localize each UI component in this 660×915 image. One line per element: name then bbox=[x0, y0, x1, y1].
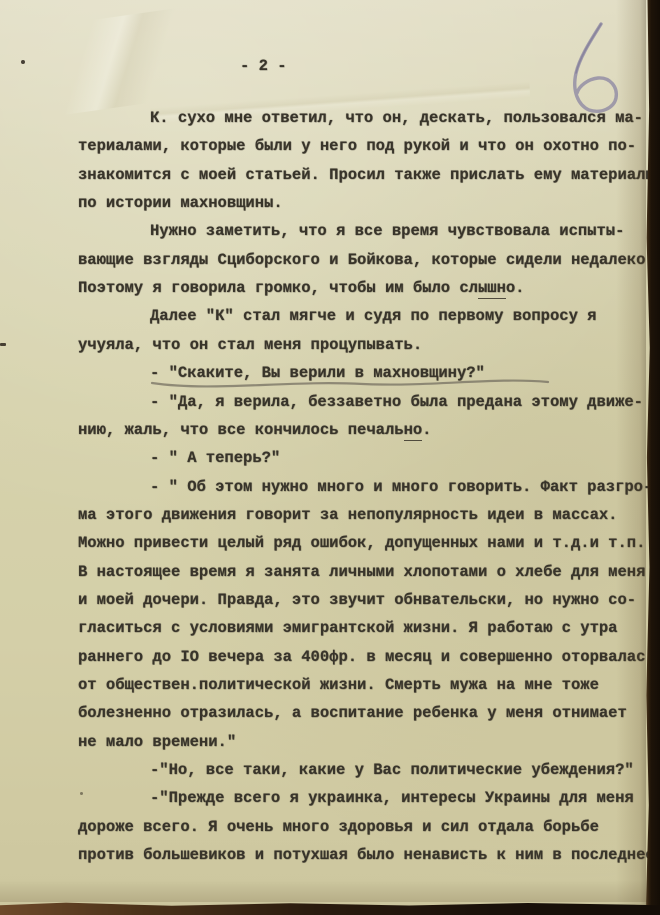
typed-line: по истории махновщины. bbox=[78, 193, 283, 213]
typed-line: против большевиков и потухшая было ненав… bbox=[78, 845, 655, 865]
typed-line: Поэтому я говорила громко, чтобы им было… bbox=[78, 278, 524, 298]
paper-edge-shadow bbox=[616, 0, 646, 915]
typed-line: знакомится с моей статьей. Просил также … bbox=[78, 165, 655, 185]
typed-line: К. сухо мне ответил, что он, дескать, по… bbox=[150, 108, 643, 128]
typed-line: от обществен.политической жизни. Смерть … bbox=[78, 675, 599, 695]
typed-line: вающие взгляды Сциборского и Бойкова, ко… bbox=[78, 250, 655, 270]
typed-line: териалами, которые были у него под рукой… bbox=[78, 136, 636, 156]
typed-line: - " А теперь?" bbox=[150, 448, 280, 468]
typed-line: и моей дочери. Правда, это звучит обнват… bbox=[78, 590, 636, 610]
typed-line: - "Скаките, Вы верили в махновщину?" bbox=[150, 363, 485, 383]
ink-speck bbox=[80, 792, 83, 795]
ink-speck bbox=[0, 343, 6, 346]
typed-line: Далее "К" стал мягче и судя по первому в… bbox=[150, 306, 596, 326]
typed-line: нию, жаль, что все кончилось печально. bbox=[78, 420, 431, 440]
typed-line: гласиться с условиями эмигрантской жизни… bbox=[78, 618, 618, 638]
typed-line: болезненно отразилась, а воспитание ребе… bbox=[78, 703, 627, 723]
page-number: - 2 - bbox=[240, 56, 287, 76]
typed-line: раннего до IO вечера за 400фр. в месяц и… bbox=[78, 647, 645, 667]
typed-line: Можно привести целый ряд ошибок, допущен… bbox=[78, 533, 645, 553]
ink-speck bbox=[21, 60, 25, 64]
paper-edge-shadow bbox=[0, 880, 660, 902]
photo-edge-bottom bbox=[0, 901, 660, 915]
document-page: - 2 - К. сухо мне ответил, что он, деска… bbox=[0, 0, 660, 915]
typed-line: - "Да, я верила, беззаветно была предана… bbox=[150, 392, 643, 412]
typed-line: -"Прежде всего я украинка, интересы Укра… bbox=[150, 788, 634, 808]
typed-line: учуяла, что он стал меня процупывать. bbox=[78, 335, 422, 355]
typed-line: Нужно заметить, что я все время чувствов… bbox=[150, 221, 624, 241]
typed-line: - " Об этом нужно много и много говорить… bbox=[150, 477, 652, 497]
typed-line: ма этого движения говорит за непопулярно… bbox=[78, 505, 618, 525]
typed-line: В настоящее время я занята личными хлопо… bbox=[78, 562, 645, 582]
typed-line: дороже всего. Я очень много здоровья и с… bbox=[78, 817, 599, 837]
typed-underline: но bbox=[404, 421, 423, 441]
typed-line: -"Но, все таки, какие у Вас политические… bbox=[150, 760, 634, 780]
photo-edge-right bbox=[644, 0, 660, 915]
typed-underline: ышн bbox=[478, 279, 506, 299]
typed-line: не мало времени." bbox=[78, 732, 236, 752]
